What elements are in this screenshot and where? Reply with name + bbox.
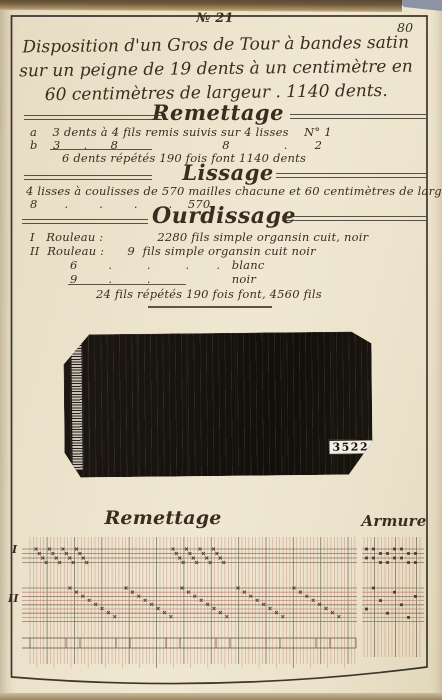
section-rule — [24, 119, 162, 120]
handwritten-underline — [50, 149, 152, 150]
sample-number-label: 3522 — [328, 439, 373, 454]
warp-group-2-label: II — [8, 592, 19, 605]
section-heading-remettage: Remettage — [152, 100, 284, 125]
section-rule — [282, 220, 426, 221]
warp-group-1-label: I — [12, 543, 17, 556]
handwritten-underline — [68, 284, 186, 285]
ourdissage-row: I Rouleau : 2280 fils simple organsin cu… — [30, 230, 368, 244]
section-rule — [290, 114, 426, 115]
handwritten-underline — [148, 306, 272, 308]
section-rule — [282, 216, 426, 217]
ourdissage-row: 24 fils répétés 190 fois font, 4560 fils — [96, 287, 322, 301]
ourdissage-row: 6 . . . . blanc — [70, 258, 264, 272]
section-rule — [276, 177, 426, 178]
remettage-row: a 3 dents à 4 fils remis suivis sur 4 li… — [30, 125, 332, 139]
section-rule — [276, 173, 426, 174]
section-heading-lissage: Lissage — [182, 160, 274, 185]
section-rule — [24, 115, 162, 116]
book-top-edge — [0, 0, 402, 12]
section-heading-ourdissage: Ourdissage — [152, 203, 296, 229]
section-rule — [22, 219, 148, 220]
fabric-swatch: 3522 — [63, 331, 373, 477]
book-page-photo: № 21 80 Disposition d'un Gros de Tour à … — [0, 0, 442, 700]
section-rule — [24, 179, 152, 180]
ourdissage-row: II Rouleau : 9 fils simple organsin cuit… — [30, 244, 316, 258]
section-rule — [290, 118, 426, 119]
draft-remettage-label: Remettage — [104, 507, 221, 529]
section-rule — [24, 175, 152, 176]
notebook-page: № 21 80 Disposition d'un Gros de Tour à … — [0, 0, 442, 700]
section-rule — [22, 223, 148, 224]
selvage-stripe — [71, 342, 82, 470]
book-bottom-edge — [0, 693, 442, 700]
page-title: Disposition d'un Gros de Tour à bandes s… — [0, 30, 432, 107]
entry-number: № 21 — [196, 11, 234, 26]
lissage-row: 4 lisses à coulisses de 570 mailles chac… — [26, 184, 442, 198]
draft-armure-label: Armure — [362, 512, 427, 530]
